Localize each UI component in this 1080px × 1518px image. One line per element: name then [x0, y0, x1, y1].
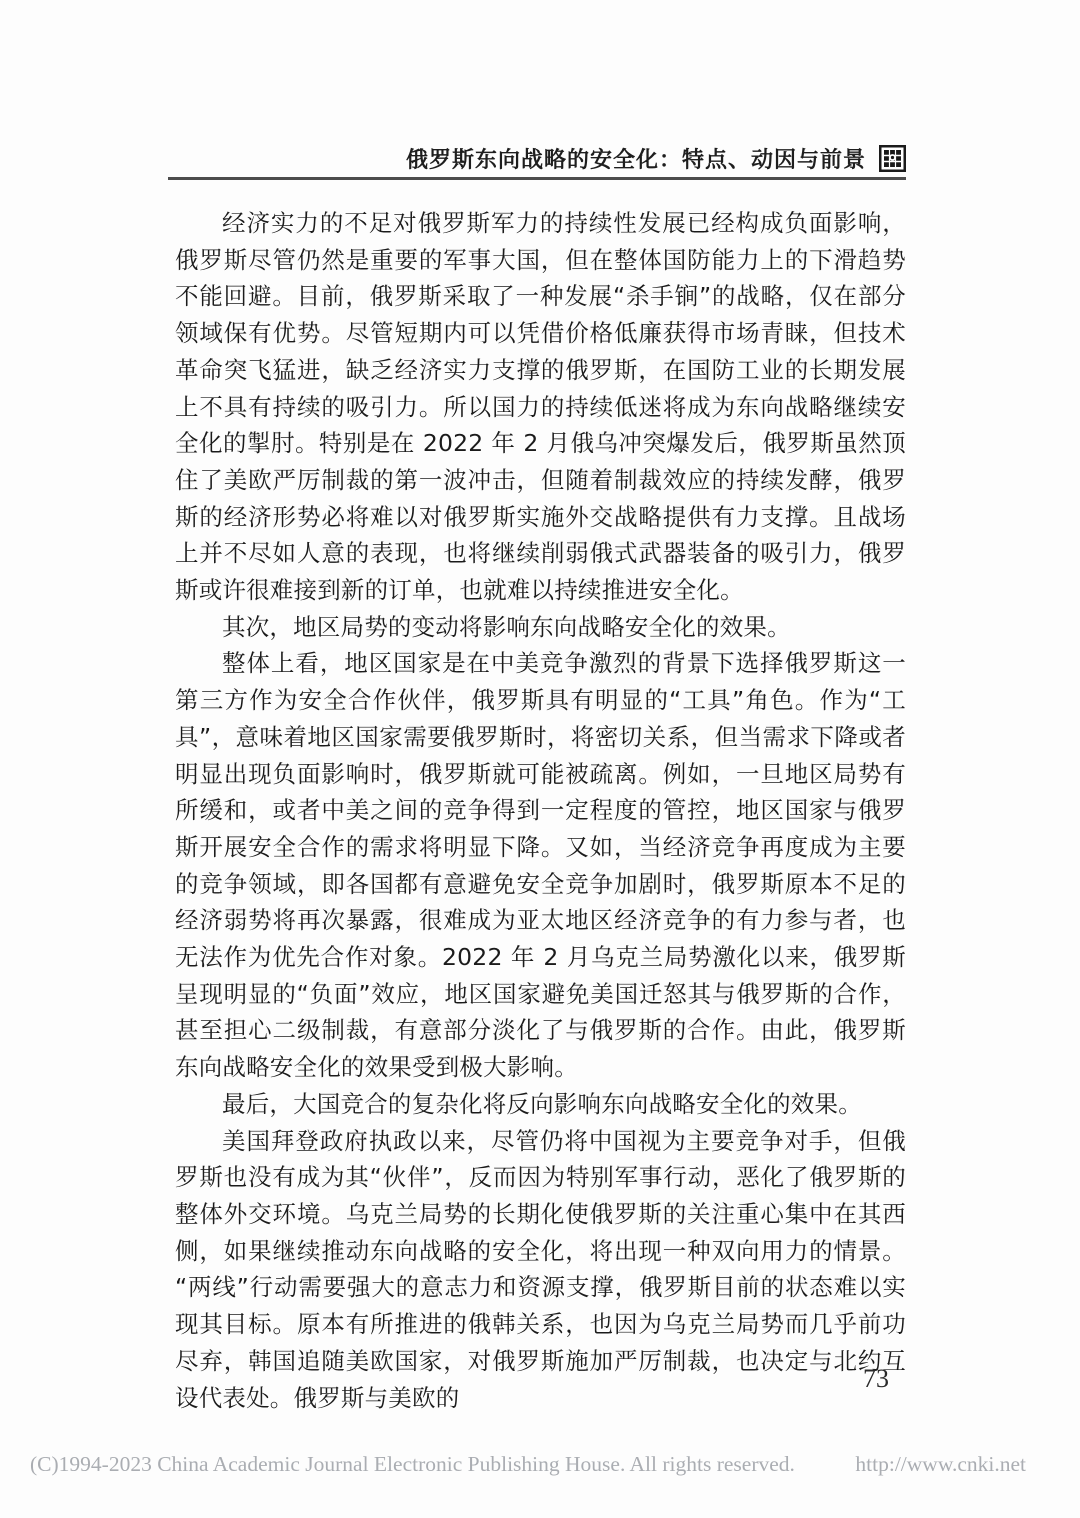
paragraph: 其次，地区局势的变动将影响东向战略安全化的效果。: [175, 609, 906, 646]
running-head: 俄罗斯东向战略的安全化：特点、动因与前景: [170, 143, 906, 174]
page-number: 73: [175, 1364, 889, 1394]
header-rule: [168, 177, 906, 180]
cnki-url: http://www.cnki.net: [855, 1452, 1026, 1477]
article-body: 经济实力的不足对俄罗斯军力的持续性发展已经构成负面影响，俄罗斯尽管仍然是重要的军…: [175, 205, 906, 1416]
paragraph: 经济实力的不足对俄罗斯军力的持续性发展已经构成负面影响，俄罗斯尽管仍然是重要的军…: [175, 205, 906, 609]
paragraph: 最后，大国竞合的复杂化将反向影响东向战略安全化的效果。: [175, 1086, 906, 1123]
paragraph: 整体上看，地区国家是在中美竞争激烈的背景下选择俄罗斯这一第三方作为安全合作伙伴，…: [175, 645, 906, 1085]
copyright-notice: (C)1994-2023 China Academic Journal Elec…: [30, 1452, 795, 1477]
document-page: 俄罗斯东向战略的安全化：特点、动因与前景 经济实力的不足对俄罗斯军力的持续性发展…: [0, 0, 1080, 1518]
journal-seal-icon: [879, 145, 906, 172]
running-head-title: 俄罗斯东向战略的安全化：特点、动因与前景: [406, 143, 866, 174]
copyright-bar: (C)1994-2023 China Academic Journal Elec…: [30, 1452, 1026, 1477]
